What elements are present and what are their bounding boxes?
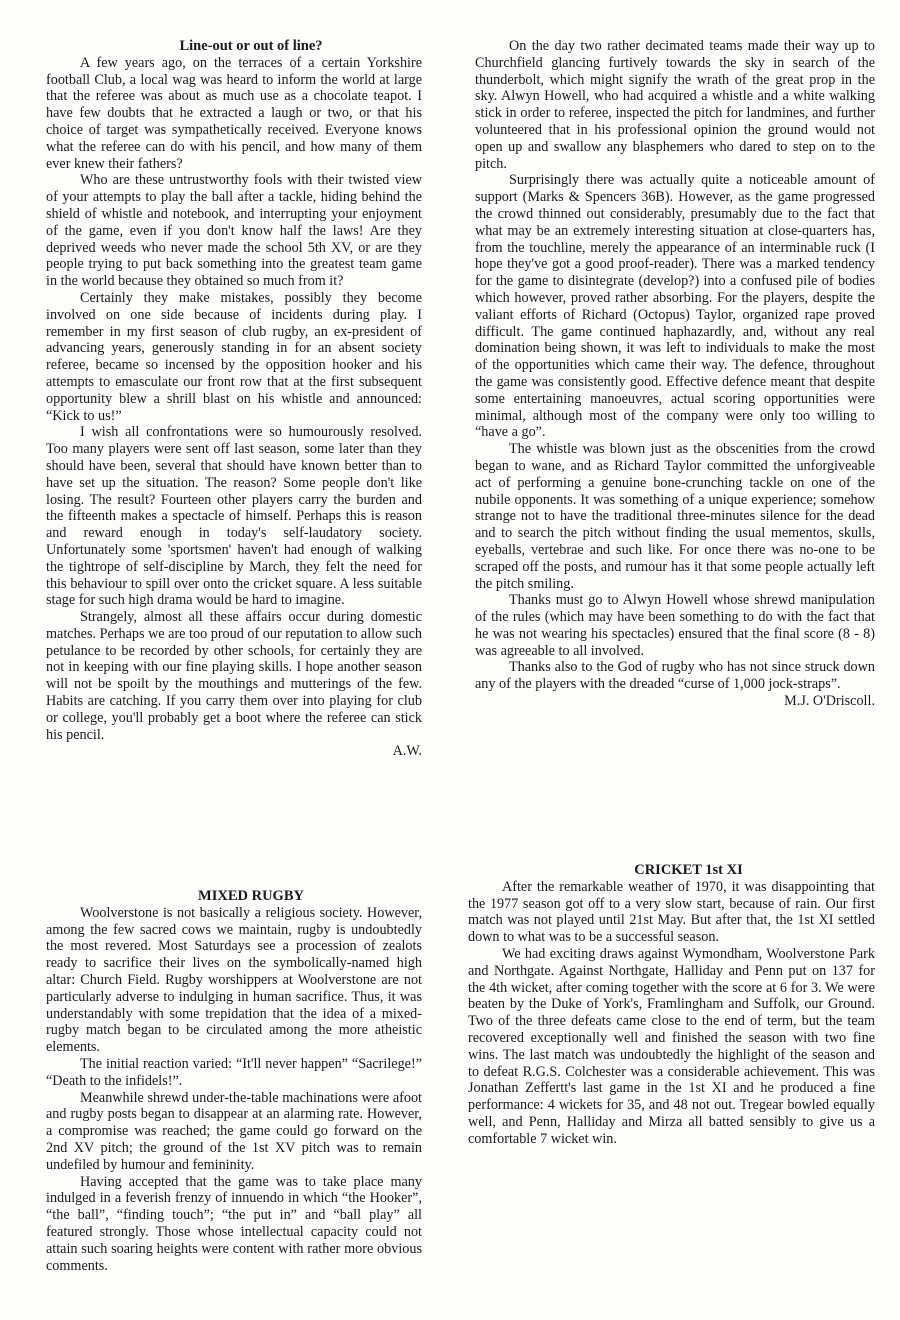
- paragraph: Woolverstone is not basically a religiou…: [46, 905, 422, 1056]
- paragraph: Meanwhile shrewd under-the-table machina…: [46, 1090, 422, 1174]
- paragraph: On the day two rather decimated teams ma…: [475, 38, 875, 172]
- article-mixed-rugby-continued: On the day two rather decimated teams ma…: [475, 38, 875, 710]
- paragraph: The initial reaction varied: “It'll neve…: [46, 1056, 422, 1090]
- paragraph: A few years ago, on the terraces of a ce…: [46, 55, 422, 173]
- paragraph: After the remarkable weather of 1970, it…: [468, 879, 875, 946]
- paragraph: Who are these untrustworthy fools with t…: [46, 172, 422, 290]
- article-title: MIXED RUGBY: [46, 888, 422, 905]
- article-title: Line-out or out of line?: [46, 38, 422, 55]
- author-signature: M.J. O'Driscoll.: [475, 693, 875, 710]
- paragraph: The whistle was blown just as the obscen…: [475, 441, 875, 592]
- paragraph: I wish all confrontations were so humour…: [46, 424, 422, 609]
- paragraph: Having accepted that the game was to tak…: [46, 1174, 422, 1275]
- article-title: CRICKET 1st XI: [468, 862, 875, 879]
- article-line-out: Line-out or out of line? A few years ago…: [46, 38, 422, 760]
- paragraph: Surprisingly there was actually quite a …: [475, 172, 875, 441]
- article-mixed-rugby: MIXED RUGBY Woolverstone is not basicall…: [46, 888, 422, 1274]
- paragraph: Thanks must go to Alwyn Howell whose shr…: [475, 592, 875, 659]
- paragraph: Strangely, almost all these affairs occu…: [46, 609, 422, 743]
- paragraph: Certainly they make mistakes, possibly t…: [46, 290, 422, 424]
- paragraph: Thanks also to the God of rugby who has …: [475, 659, 875, 693]
- author-signature: A.W.: [46, 743, 422, 760]
- paragraph: We had exciting draws against Wymondham,…: [468, 946, 875, 1148]
- article-cricket: CRICKET 1st XI After the remarkable weat…: [468, 862, 875, 1148]
